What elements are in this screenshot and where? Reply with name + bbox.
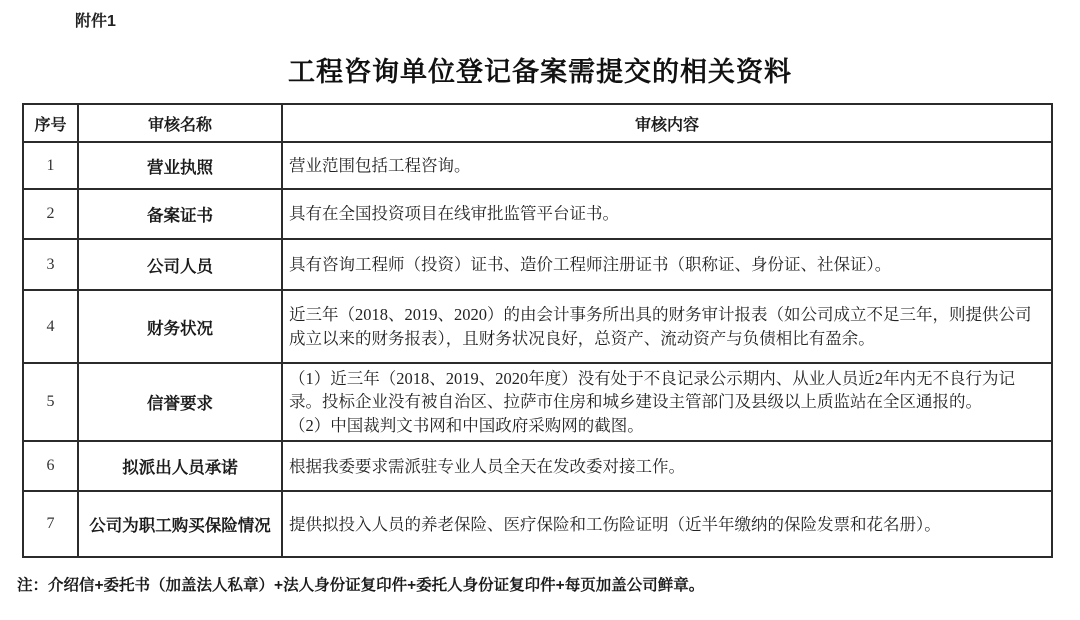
- row-content-cell: 具有咨询工程师（投资）证书、造价工程师注册证书（职称证、身份证、社保证）。: [282, 239, 1052, 290]
- table-row: 4 财务状况 近三年（2018、2019、2020）的由会计事务所出具的财务审计…: [23, 290, 1052, 363]
- header-row: 序号 审核名称 审核内容: [23, 104, 1052, 142]
- table-row: 7 公司为职工购买保险情况 提供拟投入人员的养老保险、医疗保险和工伤险证明（近半…: [23, 491, 1052, 557]
- row-number-cell: 7: [23, 491, 78, 557]
- row-name-cell: 财务状况: [78, 290, 282, 363]
- attachment-label: 附件1: [75, 8, 116, 31]
- table-row: 2 备案证书 具有在全国投资项目在线审批监管平台证书。: [23, 189, 1052, 239]
- table-header: 序号 审核名称 审核内容: [23, 104, 1052, 142]
- review-requirements-table: 序号 审核名称 审核内容 1 营业执照 营业范围包括工程咨询。 2 备案证书 具…: [22, 103, 1053, 558]
- table-row: 3 公司人员 具有咨询工程师（投资）证书、造价工程师注册证书（职称证、身份证、社…: [23, 239, 1052, 290]
- row-content-cell: 近三年（2018、2019、2020）的由会计事务所出具的财务审计报表（如公司成…: [282, 290, 1052, 363]
- header-cell-name: 审核名称: [78, 104, 282, 142]
- row-number-cell: 5: [23, 363, 78, 441]
- row-name-cell: 公司为职工购买保险情况: [78, 491, 282, 557]
- row-name-cell: 营业执照: [78, 142, 282, 189]
- row-content-cell: 根据我委要求需派驻专业人员全天在发改委对接工作。: [282, 441, 1052, 491]
- row-name-cell: 信誉要求: [78, 363, 282, 441]
- row-name-cell: 拟派出人员承诺: [78, 441, 282, 491]
- row-name-cell: 备案证书: [78, 189, 282, 239]
- row-number-cell: 6: [23, 441, 78, 491]
- row-content-cell: （1）近三年（2018、2019、2020年度）没有处于不良记录公示期内、从业人…: [282, 363, 1052, 441]
- row-number-cell: 1: [23, 142, 78, 189]
- document-page: 附件1 工程咨询单位登记备案需提交的相关资料 序号 审核名称 审核内容 1 营业…: [0, 0, 1080, 620]
- header-cell-no: 序号: [23, 104, 78, 142]
- table-row: 6 拟派出人员承诺 根据我委要求需派驻专业人员全天在发改委对接工作。: [23, 441, 1052, 491]
- row-number-cell: 4: [23, 290, 78, 363]
- row-number-cell: 3: [23, 239, 78, 290]
- row-content-cell: 具有在全国投资项目在线审批监管平台证书。: [282, 189, 1052, 239]
- table-body: 1 营业执照 营业范围包括工程咨询。 2 备案证书 具有在全国投资项目在线审批监…: [23, 142, 1052, 557]
- row-name-cell: 公司人员: [78, 239, 282, 290]
- footer-note: 注：介绍信+委托书（加盖法人私章）+法人身份证复印件+委托人身份证复印件+每页加…: [17, 573, 704, 595]
- row-content-cell: 营业范围包括工程咨询。: [282, 142, 1052, 189]
- table-row: 1 营业执照 营业范围包括工程咨询。: [23, 142, 1052, 189]
- header-cell-content: 审核内容: [282, 104, 1052, 142]
- row-content-cell: 提供拟投入人员的养老保险、医疗保险和工伤险证明（近半年缴纳的保险发票和花名册）。: [282, 491, 1052, 557]
- table-row: 5 信誉要求 （1）近三年（2018、2019、2020年度）没有处于不良记录公…: [23, 363, 1052, 441]
- row-number-cell: 2: [23, 189, 78, 239]
- page-title: 工程咨询单位登记备案需提交的相关资料: [0, 50, 1080, 89]
